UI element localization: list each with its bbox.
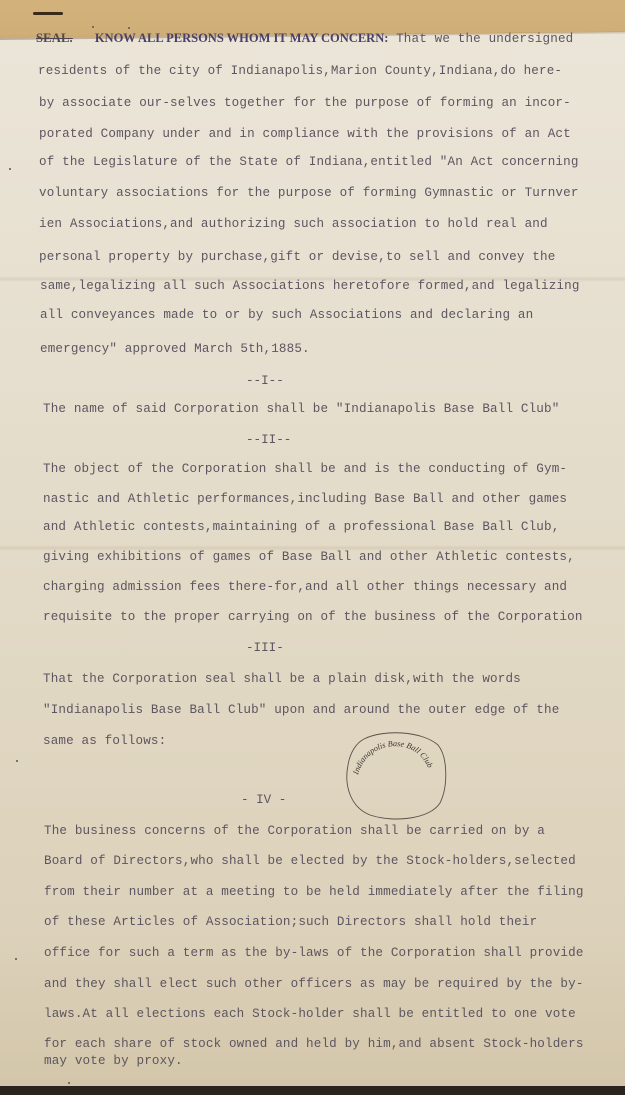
section-2-line: nastic and Athletic performances,includi… bbox=[43, 492, 567, 506]
margin-speck bbox=[68, 1082, 70, 1084]
section-2-line: charging admission fees there-for,and al… bbox=[43, 580, 567, 594]
section-3-line: That the Corporation seal shall be a pla… bbox=[43, 672, 521, 686]
section-4-line: office for such a term as the by-laws of… bbox=[44, 946, 584, 960]
intro-line: by associate our-selves together for the… bbox=[39, 96, 571, 110]
section-4-line: of these Articles of Association;such Di… bbox=[44, 915, 537, 929]
intro-line: residents of the city of Indianapolis,Ma… bbox=[38, 64, 562, 78]
section-4-line: laws.At all elections each Stock-holder … bbox=[44, 1007, 576, 1021]
page-bottom-edge bbox=[0, 1086, 625, 1095]
section-2-line: The object of the Corporation shall be a… bbox=[43, 462, 567, 476]
section-numeral-2: --II-- bbox=[246, 433, 291, 447]
corporation-seal-drawing: Indianapolis Base Ball Club bbox=[344, 731, 448, 821]
intro-line: same,legalizing all such Associations he… bbox=[40, 279, 580, 293]
intro-line: That we the undersigned bbox=[388, 32, 573, 46]
section-2-line: giving exhibitions of games of Base Ball… bbox=[43, 550, 575, 564]
section-4-line: may vote by proxy. bbox=[44, 1054, 183, 1068]
heading-line: SEAL.KNOW ALL PERSONS WHOM IT MAY CONCER… bbox=[36, 31, 573, 46]
heading: KNOW ALL PERSONS WHOM IT MAY CONCERN: bbox=[95, 31, 389, 45]
margin-speck bbox=[16, 760, 18, 762]
section-4-line: The business concerns of the Corporation… bbox=[44, 824, 545, 838]
intro-line: voluntary associations for the purpose o… bbox=[39, 186, 579, 200]
section-4-line: and they shall elect such other officers… bbox=[44, 977, 584, 991]
intro-line: porated Company under and in compliance … bbox=[39, 127, 571, 141]
section-2-line: requisite to the proper carrying on of t… bbox=[43, 610, 583, 624]
speck bbox=[128, 27, 130, 29]
margin-speck bbox=[15, 958, 17, 960]
section-numeral-3: -III- bbox=[246, 641, 284, 655]
section-4-line: for each share of stock owned and held b… bbox=[44, 1037, 584, 1051]
pencil-mark bbox=[33, 12, 63, 15]
intro-line: ien Associations,and authorizing such as… bbox=[39, 217, 548, 231]
section-4-line: from their number at a meeting to be hel… bbox=[44, 885, 584, 899]
section-1-line: The name of said Corporation shall be "I… bbox=[43, 402, 559, 416]
intro-line: personal property by purchase,gift or de… bbox=[39, 250, 555, 264]
intro-line: emergency" approved March 5th,1885. bbox=[40, 342, 310, 356]
margin-speck bbox=[9, 168, 11, 170]
section-3-line: "Indianapolis Base Ball Club" upon and a… bbox=[43, 703, 559, 717]
section-4-line: Board of Directors,who shall be elected … bbox=[44, 854, 576, 868]
section-2-line: and Athletic contests,maintaining of a p… bbox=[43, 520, 559, 534]
section-3-line: same as follows: bbox=[43, 734, 166, 748]
seal-handwriting: Indianapolis Base Ball Club bbox=[351, 739, 435, 776]
speck bbox=[92, 26, 94, 28]
section-numeral-4: - IV - bbox=[241, 793, 286, 807]
section-numeral-1: --I-- bbox=[246, 374, 284, 388]
intro-line: of the Legislature of the State of India… bbox=[39, 155, 579, 169]
intro-line: all conveyances made to or by such Assoc… bbox=[40, 308, 533, 322]
struck-header: SEAL. bbox=[36, 31, 73, 45]
